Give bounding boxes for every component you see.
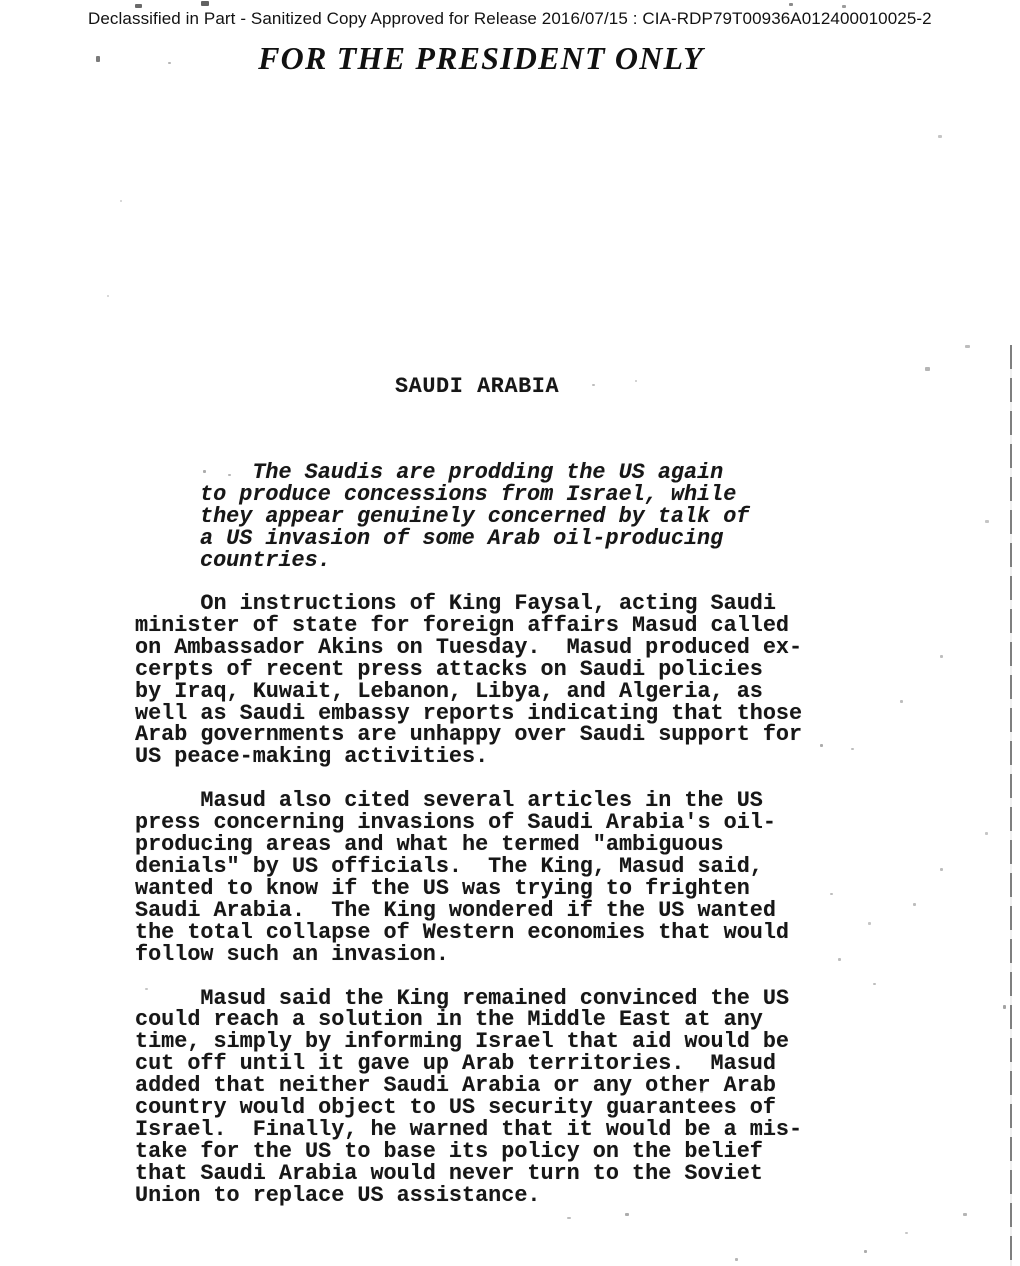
document-body: On instructions of King Faysal, acting S…	[135, 593, 815, 1229]
scan-speck	[830, 893, 833, 895]
scan-speck	[851, 748, 854, 750]
scan-edge-artifact	[1010, 345, 1012, 1266]
scan-speck	[201, 1, 209, 6]
body-paragraph-3: Masud said the King remained convinced t…	[135, 988, 815, 1207]
scan-speck	[842, 5, 846, 8]
scan-speck	[700, 1090, 703, 1093]
scan-speck	[905, 1232, 908, 1234]
scan-speck	[789, 3, 793, 6]
scan-speck	[985, 832, 988, 835]
scan-speck	[985, 520, 989, 523]
scan-speck	[965, 345, 970, 348]
document-banner-title: FOR THE PRESIDENT ONLY	[0, 40, 962, 77]
scan-speck	[963, 1213, 967, 1216]
summary-paragraph: The Saudis are prodding the US again to …	[200, 462, 760, 572]
scan-speck	[925, 367, 930, 371]
scan-speck	[567, 1217, 571, 1219]
body-paragraph-1: On instructions of King Faysal, acting S…	[135, 593, 815, 768]
section-heading: SAUDI ARABIA	[395, 376, 559, 398]
scan-speck	[868, 922, 871, 925]
scan-speck	[145, 988, 148, 990]
body-paragraph-2: Masud also cited several articles in the…	[135, 790, 815, 965]
scan-speck	[203, 470, 206, 473]
scan-speck	[168, 62, 171, 64]
scan-speck	[864, 1250, 867, 1253]
scan-speck	[900, 700, 903, 703]
scan-speck	[228, 474, 231, 476]
scan-speck	[940, 868, 943, 871]
scan-speck	[625, 1213, 629, 1216]
scan-speck	[96, 56, 100, 62]
scan-speck	[120, 200, 122, 202]
scan-speck	[1003, 1005, 1006, 1009]
document-page: Declassified in Part - Sanitized Copy Ap…	[0, 0, 1020, 1266]
scan-speck	[135, 4, 142, 8]
declassification-header: Declassified in Part - Sanitized Copy Ap…	[88, 9, 948, 29]
scan-speck	[592, 384, 595, 386]
scan-speck	[838, 958, 841, 961]
scan-speck	[107, 295, 109, 297]
scan-speck	[938, 135, 942, 138]
scan-speck	[820, 744, 823, 747]
scan-speck	[913, 903, 916, 906]
scan-speck	[940, 655, 943, 658]
scan-speck	[635, 380, 637, 382]
scan-speck	[735, 1258, 738, 1261]
scan-speck	[873, 983, 876, 985]
